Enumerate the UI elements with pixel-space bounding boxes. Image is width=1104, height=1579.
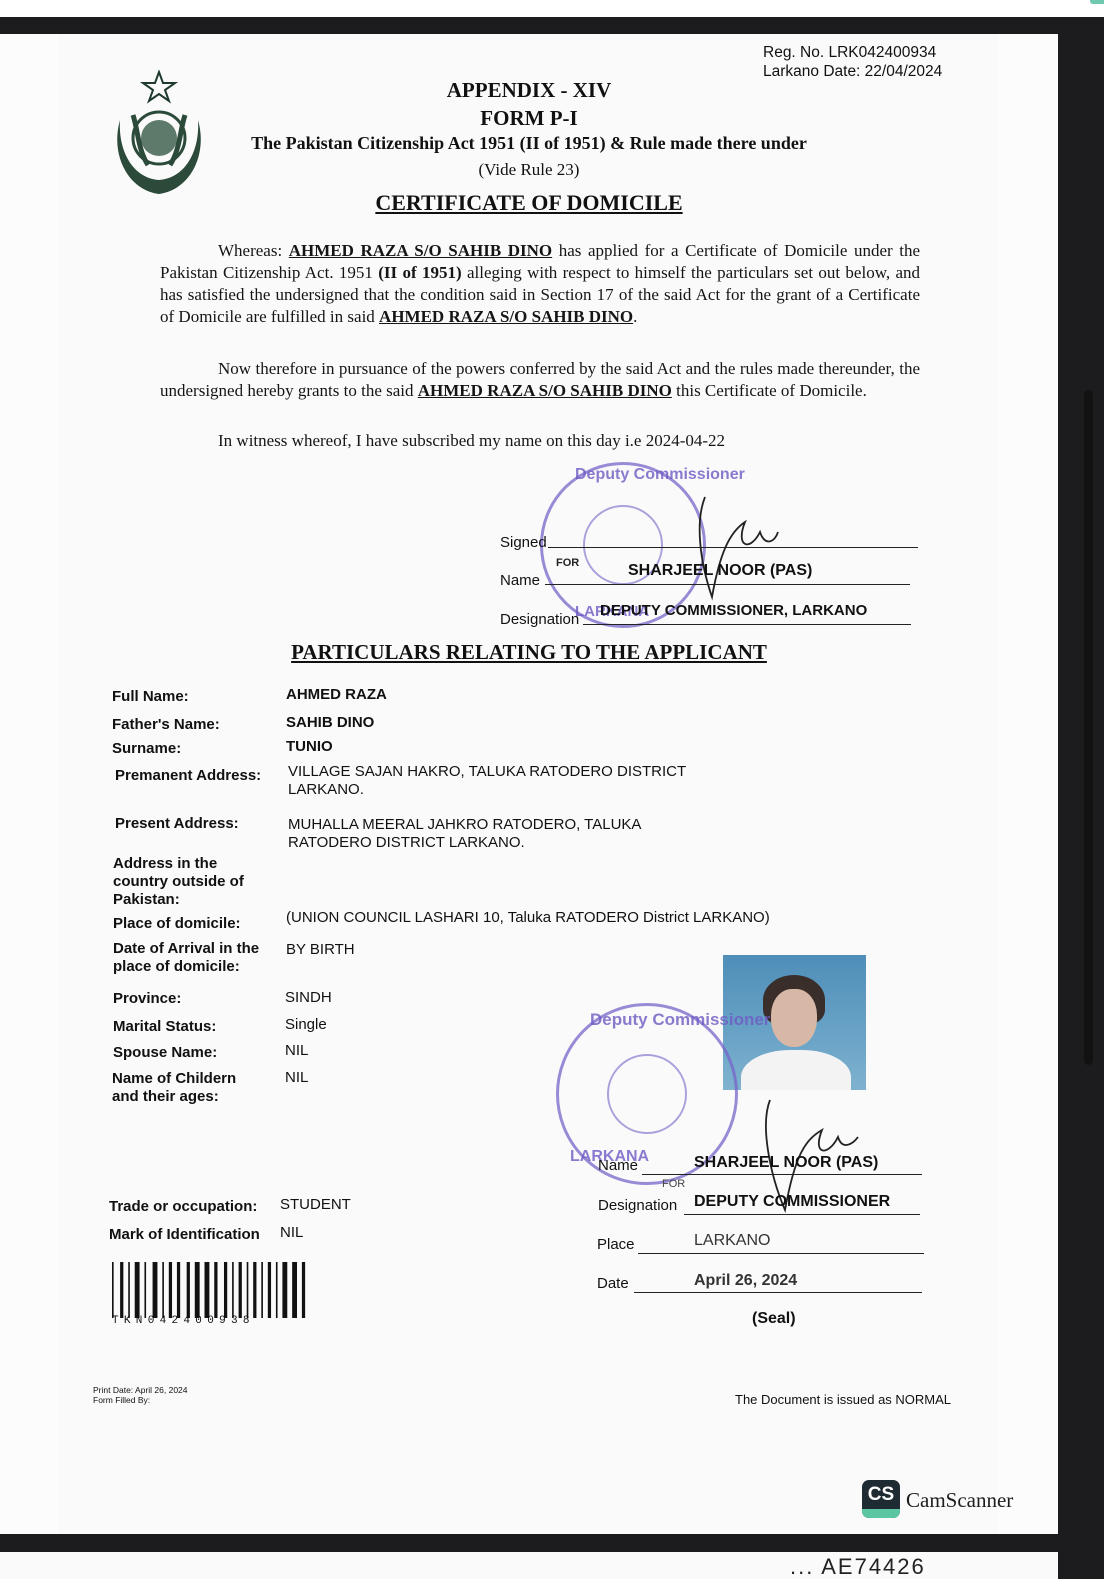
designation-label-2: Designation [598, 1197, 677, 1214]
label-permanent-address: Premanent Address: [115, 767, 261, 785]
barcode-text: TKN042400938 [112, 1315, 310, 1327]
date-value: April 26, 2024 [694, 1272, 797, 1290]
act-heading: The Pakistan Citizenship Act 1951 (II of… [0, 133, 1058, 154]
particulars-title: PARTICULARS RELATING TO THE APPLICANT [0, 640, 1058, 665]
rule-heading: (Vide Rule 23) [0, 160, 1058, 180]
label-occupation: Trade or occupation: [109, 1198, 257, 1216]
value-date-of-arrival: BY BIRTH [286, 941, 355, 959]
camscanner-watermark: CamScanner [906, 1488, 1013, 1513]
signatory-name-2: SHARJEEL NOOR (PAS) [694, 1154, 878, 1172]
label-children: Name of Childern and their ages: [112, 1070, 262, 1106]
label-fathers-name: Father's Name: [112, 716, 220, 734]
label-address-outside: Address in the country outside of Pakist… [113, 855, 263, 909]
value-province: SINDH [285, 989, 332, 1007]
signatory-designation: DEPUTY COMMISSIONER, LARKANO [600, 602, 867, 619]
label-marital-status: Marital Status: [113, 1018, 216, 1036]
value-full-name: AHMED RAZA [286, 686, 387, 704]
scrollbar[interactable] [1084, 390, 1093, 1065]
reg-number: Reg. No. LRK042400934 [763, 43, 942, 62]
grant-paragraph: Now therefore in pursuance of the powers… [160, 358, 920, 402]
issued-status: The Document is issued as NORMAL [735, 1392, 951, 1407]
signature-icon [690, 492, 780, 602]
witness-line: In witness whereof, I have subscribed my… [218, 431, 725, 451]
name-label-2: Name [598, 1157, 638, 1174]
value-spouse-name: NIL [285, 1042, 308, 1060]
value-present-address: MUHALLA MEERAL JAHKRO RATODERO, TALUKA R… [288, 816, 688, 852]
label-spouse-name: Spouse Name: [113, 1044, 217, 1062]
place-line [638, 1253, 924, 1254]
place-label: Place [597, 1236, 635, 1253]
for-label: FOR [556, 557, 579, 569]
barcode [112, 1262, 310, 1318]
date-line [634, 1292, 922, 1293]
label-province: Province: [113, 990, 181, 1008]
applicant-ref: AHMED RAZA S/O SAHIB DINO [418, 381, 672, 400]
form-heading: FORM P-I [0, 106, 1058, 131]
certificate-title: CERTIFICATE OF DOMICILE [0, 190, 1058, 216]
registration-info: Reg. No. LRK042400934 Larkano Date: 22/0… [763, 43, 942, 81]
next-page-preview: ... AE74426 [0, 1552, 1058, 1579]
accent-mark [1090, 0, 1104, 4]
label-identification-mark: Mark of Identification [109, 1226, 260, 1244]
appendix-heading: APPENDIX - XIV [0, 78, 1058, 103]
value-surname: TUNIO [286, 738, 333, 756]
print-info: Print Date: April 26, 2024 Form Filled B… [93, 1385, 188, 1405]
label-place-of-domicile: Place of domicile: [113, 915, 241, 933]
applicant-ref: AHMED RAZA S/O SAHIB DINO [289, 241, 552, 260]
signatory-name: SHARJEEL NOOR (PAS) [628, 562, 812, 580]
signatory-designation-2: DEPUTY COMMISSIONER [694, 1193, 890, 1211]
name-line-2 [642, 1174, 922, 1175]
name-line [545, 584, 910, 585]
name-label: Name [500, 572, 540, 589]
print-date: Print Date: April 26, 2024 [93, 1385, 188, 1395]
applicant-ref: AHMED RAZA S/O SAHIB DINO [379, 307, 633, 326]
date-label: Date [597, 1275, 629, 1292]
value-occupation: STUDENT [280, 1196, 351, 1214]
label-present-address: Present Address: [115, 815, 239, 833]
top-strip [0, 0, 1104, 17]
whereas-paragraph: Whereas: AHMED RAZA S/O SAHIB DINO has a… [160, 240, 920, 328]
for-label-2: FOR [662, 1178, 685, 1190]
value-marital-status: Single [285, 1016, 327, 1034]
next-page-partial-text: ... AE74426 [790, 1554, 926, 1579]
label-surname: Surname: [112, 740, 181, 758]
designation-line [583, 624, 911, 625]
value-place-of-domicile: (UNION COUNCIL LASHARI 10, Taluka RATODE… [286, 909, 770, 927]
seal-label: (Seal) [752, 1310, 796, 1328]
form-filled-by: Form Filled By: [93, 1395, 188, 1405]
camscanner-logo-icon: CS [862, 1480, 900, 1518]
stamp-text-top: Deputy Commissioner [575, 466, 745, 484]
place-value: LARKANO [694, 1232, 770, 1250]
designation-line-2 [684, 1214, 920, 1215]
value-children: NIL [285, 1069, 308, 1087]
label-date-of-arrival: Date of Arrival in the place of domicile… [113, 940, 273, 976]
designation-label: Designation [500, 611, 579, 628]
stamp-text-top-2: Deputy Commissioner [590, 1010, 770, 1030]
value-identification-mark: NIL [280, 1224, 303, 1242]
value-fathers-name: SAHIB DINO [286, 714, 374, 732]
signed-label: Signed [500, 534, 547, 551]
label-full-name: Full Name: [112, 688, 189, 706]
value-permanent-address: VILLAGE SAJAN HAKRO, TALUKA RATODERO DIS… [288, 763, 728, 799]
